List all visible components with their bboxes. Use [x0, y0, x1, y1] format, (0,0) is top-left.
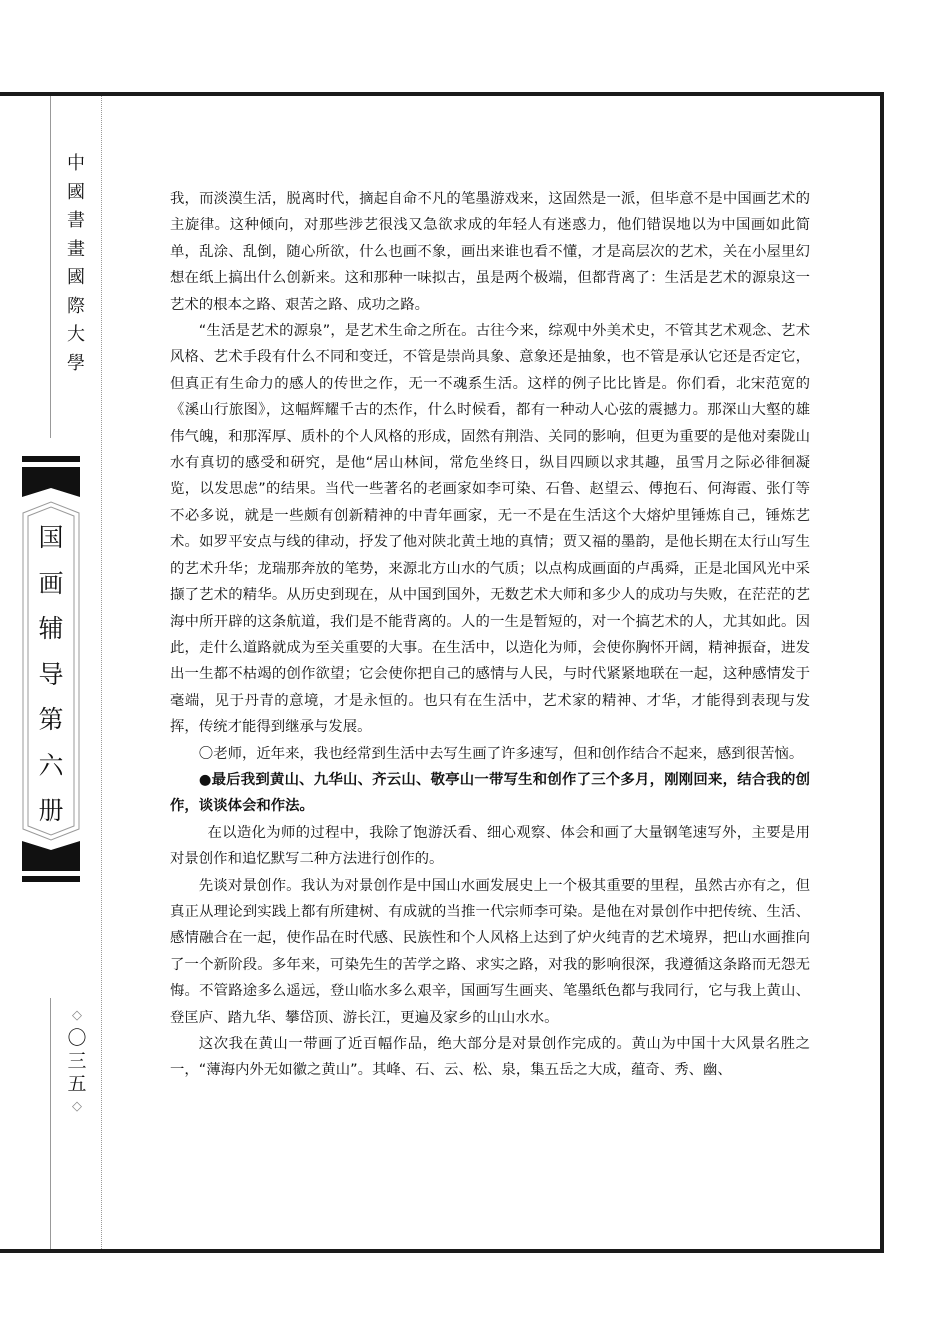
book-title-vertical: 国 画 辅 导 第 六 册 — [22, 515, 80, 834]
page-digit: 〇 — [67, 1027, 86, 1050]
title-char: 国 — [38, 515, 63, 561]
univ-char: 學 — [67, 350, 85, 379]
page-number-vertical: ◇ 〇 三 五 ◇ — [58, 1005, 96, 1118]
body-text: 我，而淡漠生活，脱离时代，摘起自命不凡的笔墨游戏来，这固然是一派，但毕意不是中国… — [170, 186, 810, 1084]
page-border-bottom — [0, 1249, 884, 1253]
paragraph: 我，而淡漠生活，脱离时代，摘起自命不凡的笔墨游戏来，这固然是一派，但毕意不是中国… — [170, 186, 810, 318]
title-char: 辅 — [38, 606, 63, 652]
univ-char: 中 — [67, 150, 85, 179]
title-char: 六 — [38, 743, 63, 789]
question-paragraph: 〇老师，近年来，我也经常到生活中去写生画了许多速写，但和创作结合不起来，感到很苦… — [170, 741, 810, 767]
paragraph: 在以造化为师的过程中，我除了饱游沃看、细心观察、体会和画了大量钢笔速写外，主要是… — [170, 820, 810, 873]
title-char: 导 — [38, 652, 63, 698]
banner-frame: 国 画 辅 导 第 六 册 — [22, 501, 80, 841]
banner-cap-bottom-icon — [22, 841, 80, 871]
page-border-right — [880, 92, 884, 1253]
margin-rule-inner — [101, 96, 103, 1249]
paragraph: 这次我在黄山一带画了近百幅作品，绝大部分是对景创作完成的。黄山为中国十大风景名胜… — [170, 1031, 810, 1084]
title-char: 第 — [38, 697, 63, 743]
title-char: 册 — [38, 788, 63, 834]
page-digit: 三 — [67, 1050, 86, 1073]
univ-char: 畫 — [67, 236, 85, 265]
univ-char: 書 — [67, 207, 85, 236]
university-name-vertical: 中 國 書 畫 國 際 大 學 — [55, 150, 97, 378]
paragraph: 先谈对景创作。我认为对景创作是中国山水画发展史上一个极其重要的里程，虽然古亦有之… — [170, 873, 810, 1031]
banner-cap-top-icon — [22, 467, 80, 497]
univ-char: 際 — [67, 293, 85, 322]
banner-bar-icon — [22, 876, 80, 882]
answer-paragraph: ●最后我到黄山、九华山、齐云山、敬亭山一带写生和创作了三个多月，刚刚回来，结合我… — [170, 767, 810, 820]
page-border-top — [0, 92, 884, 96]
banner-bar-icon — [22, 456, 80, 462]
diamond-ornament-icon: ◇ — [72, 1096, 82, 1118]
book-title-banner: 国 画 辅 导 第 六 册 — [22, 456, 80, 882]
univ-char: 大 — [67, 321, 85, 350]
paragraph: “生活是艺术的源泉”，是艺术生命之所在。古往今来，综观中外美术史，不管其艺术观念… — [170, 318, 810, 741]
page-digit: 五 — [67, 1073, 86, 1096]
diamond-ornament-icon: ◇ — [72, 1005, 82, 1027]
title-char: 画 — [38, 561, 63, 607]
univ-char: 國 — [67, 179, 85, 208]
univ-char: 國 — [67, 264, 85, 293]
